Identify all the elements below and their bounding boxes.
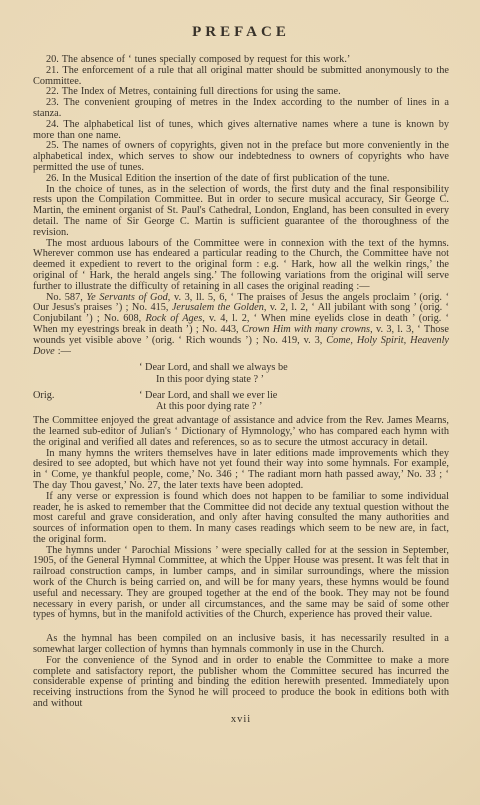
text-segment: The hymns under ‘ Parochial Missions ’ w… xyxy=(33,545,449,621)
hymn-title-italic: Crown Him with many crowns xyxy=(242,324,370,335)
quote-line: ‘ Dear Lord, and shall we ever lie xyxy=(139,390,449,401)
page-body: 20. The absence of ‘ tunes specially com… xyxy=(33,55,449,710)
text-segment: No. 587, xyxy=(46,292,86,303)
paragraph: The Committee enjoyed the great advantag… xyxy=(33,416,449,448)
paragraph: The most arduous labours of the Committe… xyxy=(33,239,449,293)
verse-quote: Orig.‘ Dear Lord, and shall we ever lieA… xyxy=(33,390,449,412)
paragraph: If any verse or expression is found whic… xyxy=(33,492,449,546)
text-segment: In the choice of tunes, as in the select… xyxy=(33,184,449,238)
quote-lines: ‘ Dear Lord, and shall we ever lieAt thi… xyxy=(139,390,449,412)
hymn-title-italic: Jerusalem the Golden xyxy=(172,302,264,313)
paragraph: 25. The names of owners of copyrights, g… xyxy=(33,141,449,173)
quote-line: In this poor dying state ? ’ xyxy=(156,374,449,385)
text-segment: As the hymnal has been compiled on an in… xyxy=(33,633,449,655)
paragraph: In many hymns the writers themselves hav… xyxy=(33,449,449,492)
quote-line: ‘ Dear Lord, and shall we always be xyxy=(139,362,449,373)
text-segment: 22. The Index of Metres, containing full… xyxy=(46,86,341,97)
verse-quote: ‘ Dear Lord, and shall we always beIn th… xyxy=(33,362,449,384)
paragraph: For the convenience of the Synod and in … xyxy=(33,656,449,710)
text-segment: If any verse or expression is found whic… xyxy=(33,491,449,545)
orig-label: Orig. xyxy=(33,390,54,401)
book-page: PREFACE 20. The absence of ‘ tunes speci… xyxy=(0,0,480,805)
quote-line: At this poor dying rate ? ’ xyxy=(156,401,449,412)
paragraph: 23. The convenient grouping of metres in… xyxy=(33,98,449,120)
text-segment: 24. The alphabetical list of tunes, whic… xyxy=(33,119,449,141)
quote-lines: ‘ Dear Lord, and shall we always beIn th… xyxy=(139,362,449,384)
text-segment: 21. The enforcement of a rule that all o… xyxy=(33,65,449,87)
paragraph: The hymns under ‘ Parochial Missions ’ w… xyxy=(33,546,449,622)
text-segment: 26. In the Musical Edition the insertion… xyxy=(46,173,390,184)
text-segment: In many hymns the writers themselves hav… xyxy=(33,448,449,491)
hymn-title-italic: Rock of Ages xyxy=(145,313,202,324)
text-segment: 25. The names of owners of copyrights, g… xyxy=(33,140,449,173)
hymn-title-italic: Ye Servants of God xyxy=(86,292,167,303)
paragraph: In the choice of tunes, as in the select… xyxy=(33,185,449,239)
page-number: xvii xyxy=(33,714,449,725)
page-title: PREFACE xyxy=(33,24,449,41)
text-segment: The most arduous labours of the Committe… xyxy=(33,238,449,292)
paragraph: No. 587, Ye Servants of God, v. 3, ll. 5… xyxy=(33,293,449,358)
text-segment: 20. The absence of ‘ tunes specially com… xyxy=(46,54,350,65)
paragraph: 21. The enforcement of a rule that all o… xyxy=(33,66,449,88)
paragraph: As the hymnal has been compiled on an in… xyxy=(33,634,449,656)
text-segment: For the convenience of the Synod and in … xyxy=(33,655,449,709)
text-segment: The Committee enjoyed the great advantag… xyxy=(33,415,449,448)
text-segment: :— xyxy=(55,346,71,357)
paragraph: 24. The alphabetical list of tunes, whic… xyxy=(33,120,449,142)
text-segment: 23. The convenient grouping of metres in… xyxy=(33,97,449,119)
